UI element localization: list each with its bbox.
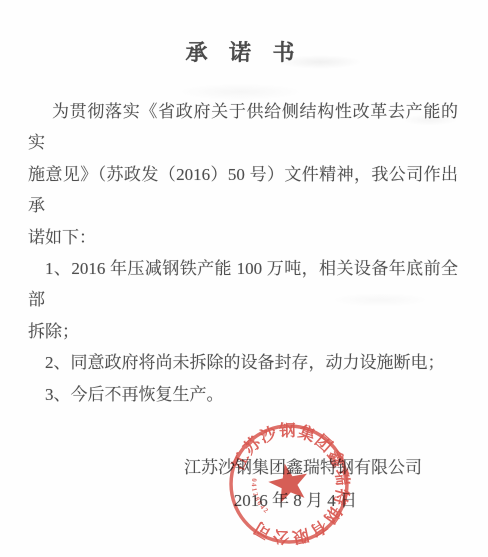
body-line: 为贯彻落实《省政府关于供给侧结构性改革去产能的实 [28, 96, 458, 159]
body-line: 诺如下： [28, 222, 458, 253]
body-line: 2、同意政府将尚未拆除的设备封存，动力设施断电； [28, 347, 458, 378]
scanned-document-page: { "document": { "title": "承 诺 书", "body_… [0, 0, 488, 557]
document-title: 承 诺 书 [0, 36, 488, 67]
signature-date: 2016 年 8 月 4 日 [0, 489, 488, 513]
body-line: 1、2016 年压减钢铁产能 100 万吨，相关设备年底前全部 [28, 253, 458, 316]
body-line: 施意见》（苏政发（2016）50 号）文件精神，我公司作出承 [28, 159, 458, 222]
signature-company-name: 江苏沙钢集团鑫瑞特钢有限公司 [0, 456, 488, 480]
body-line: 3、今后不再恢复生产。 [28, 379, 458, 410]
body-line: 拆除； [28, 316, 458, 347]
signature-block: 江苏沙钢集团鑫瑞特钢有限公司 2016 年 8 月 4 日 [0, 456, 488, 513]
document-body: 为贯彻落实《省政府关于供给侧结构性改革去产能的实施意见》（苏政发（2016）50… [28, 96, 458, 410]
